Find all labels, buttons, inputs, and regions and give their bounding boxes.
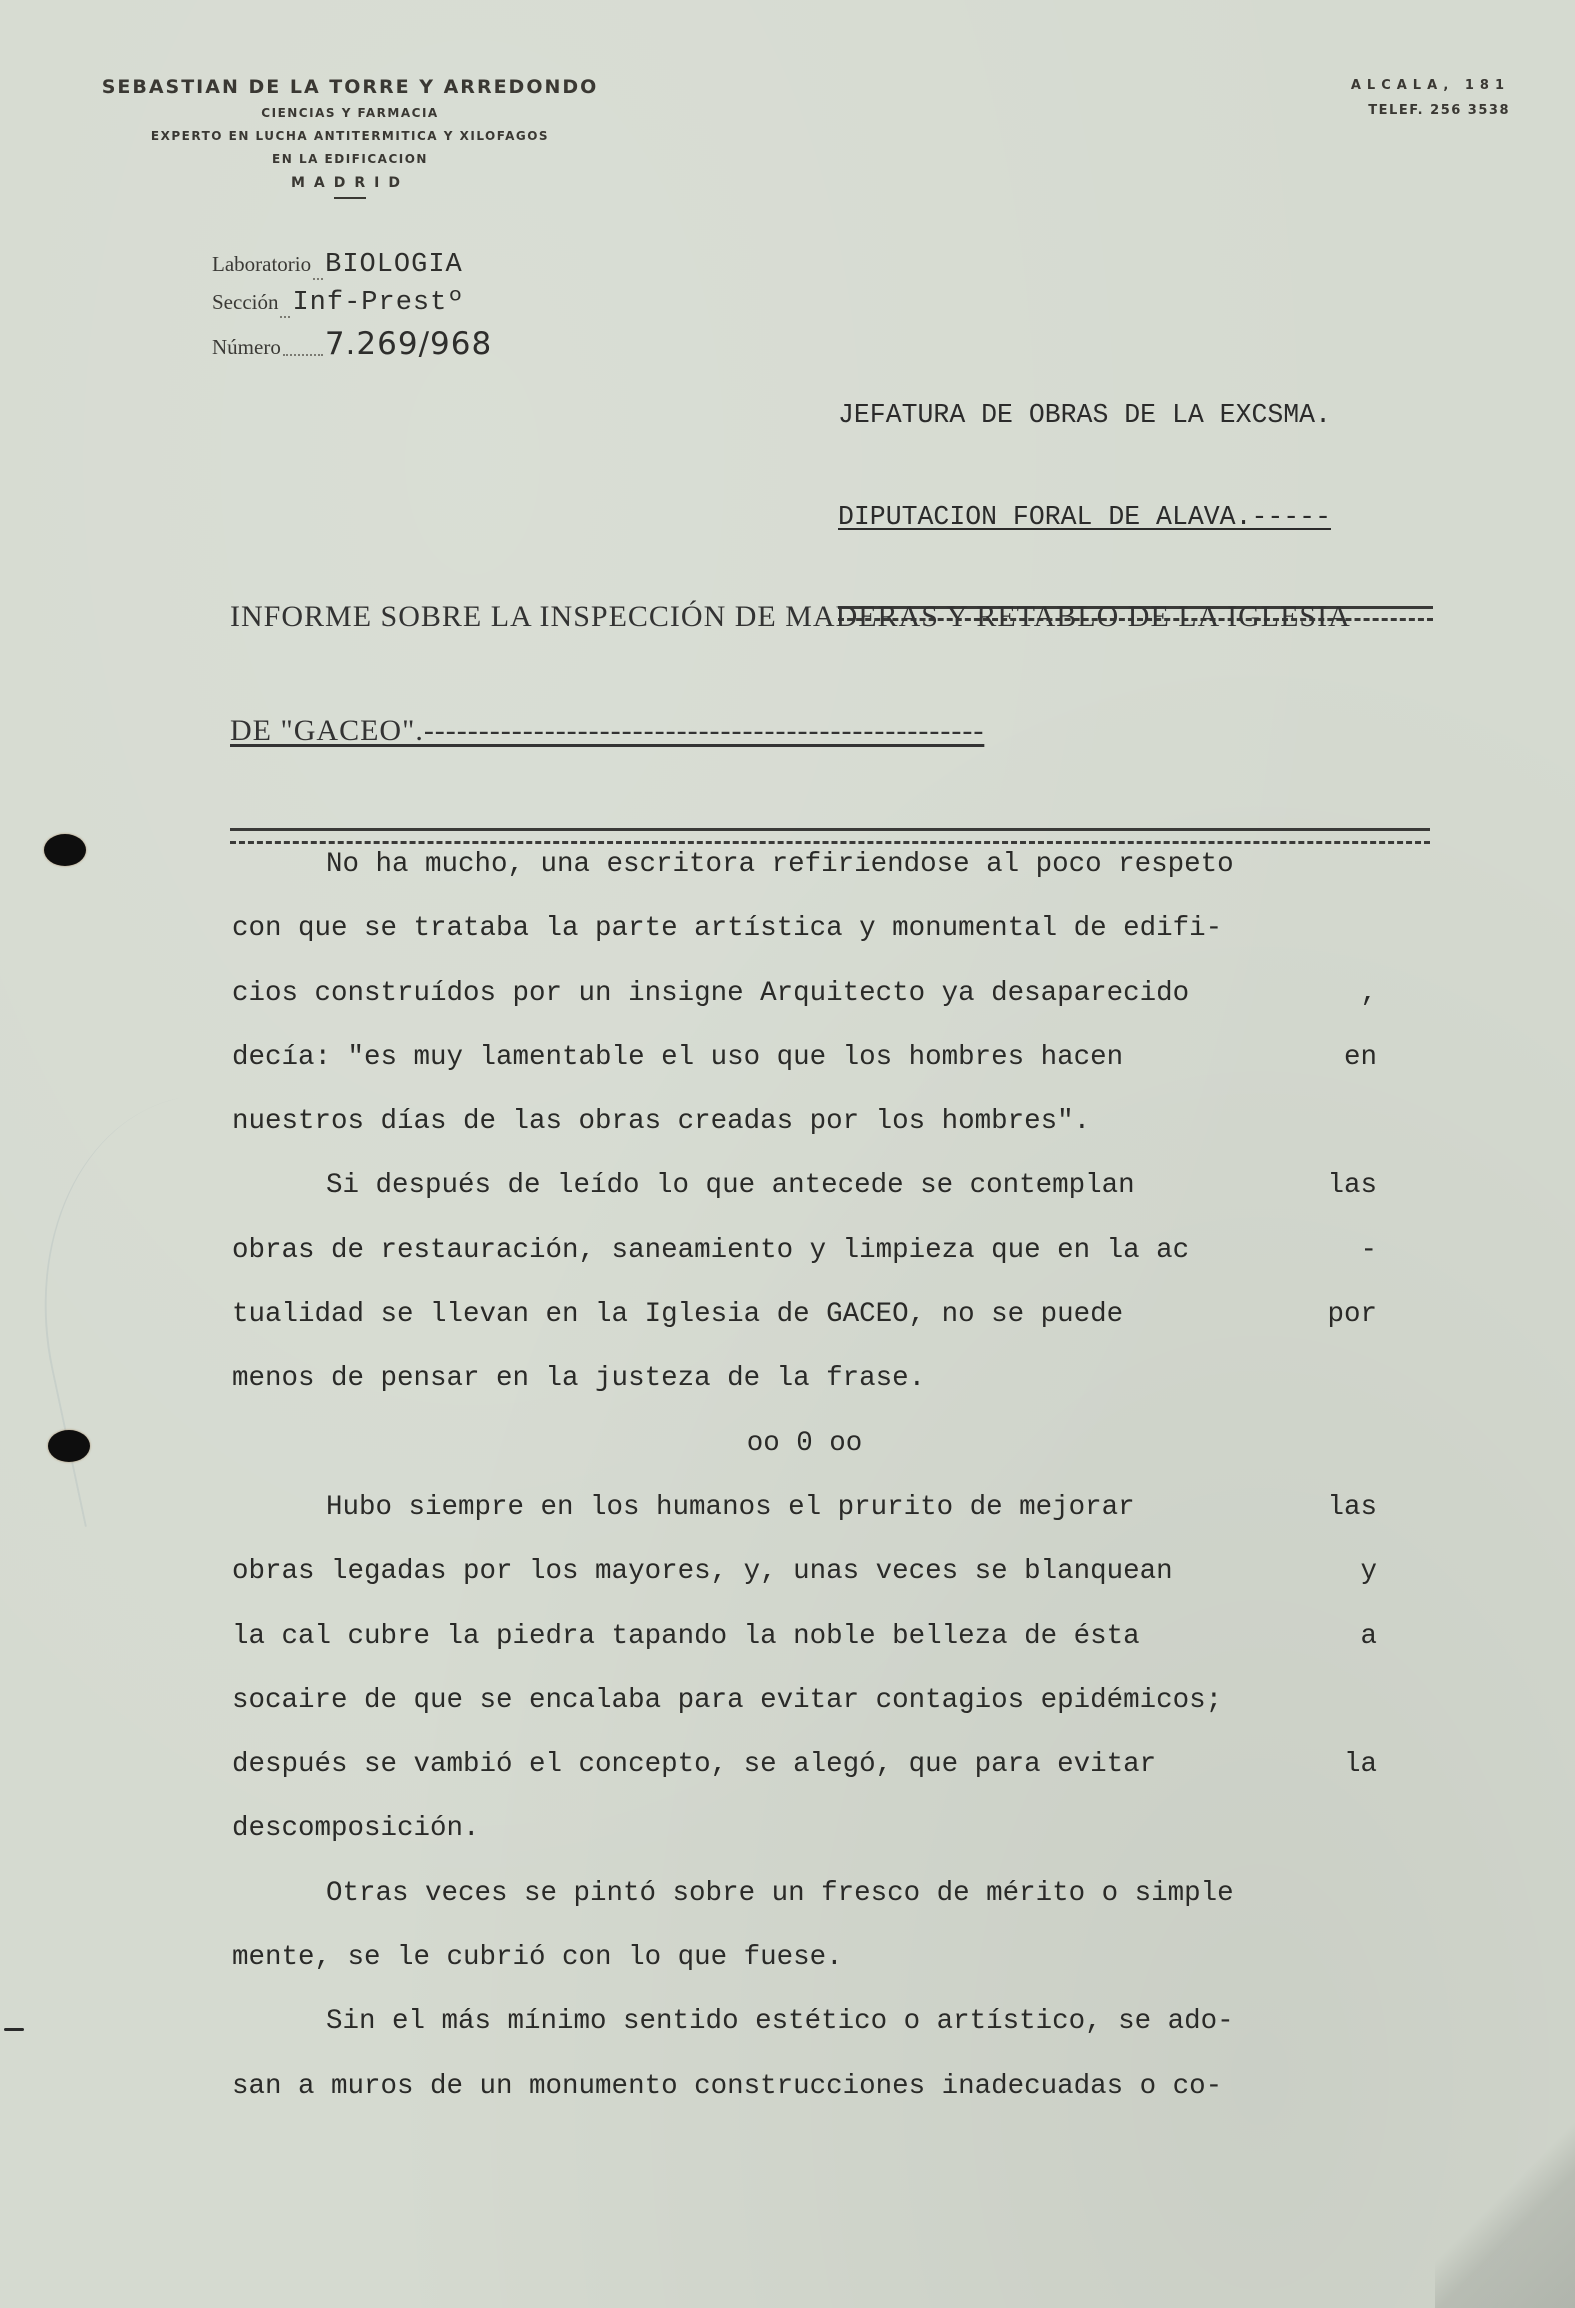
- field-seccion: Sección Inf-Prestº: [212, 288, 492, 326]
- reference-fields: Laboratorio BIOLOGIA Sección Inf-Prestº …: [212, 250, 492, 364]
- body-line-segment: ,: [1360, 969, 1377, 1033]
- body-line-segment: las: [1327, 1161, 1377, 1225]
- letterhead-expertise: EXPERTO EN LUCHA ANTITERMITICA Y XILOFAG…: [70, 129, 630, 143]
- body-line: menos de pensar en la justeza de la fras…: [232, 1354, 1377, 1418]
- body-line-segment: nuestros días de las obras creadas por l…: [232, 1097, 1090, 1161]
- recipient-line-1: JEFATURA DE OBRAS DE LA EXCSMA.: [838, 398, 1433, 432]
- body-line: cios construídos por un insigne Arquitec…: [232, 969, 1377, 1033]
- field-laboratorio: Laboratorio BIOLOGIA: [212, 250, 492, 288]
- body-line-segment: menos de pensar en la justeza de la fras…: [232, 1354, 925, 1418]
- body-line: nuestros días de las obras creadas por l…: [232, 1097, 1377, 1161]
- body-line-segment: a: [1360, 1612, 1377, 1676]
- body-line: con que se trataba la parte artística y …: [232, 904, 1377, 968]
- body-line: obras de restauración, saneamiento y lim…: [232, 1226, 1377, 1290]
- body-line: Hubo siempre en los humanos el prurito d…: [232, 1483, 1377, 1547]
- body-line-segment: después se vambió el concepto, se alegó,…: [232, 1740, 1156, 1804]
- body-line-segment: descomposición.: [232, 1804, 480, 1868]
- body-line-segment: mente, se le cubrió con lo que fuese.: [232, 1933, 843, 1997]
- letterhead-expertise-cont: EN LA EDIFICACION: [70, 152, 630, 166]
- field-label: Número: [212, 335, 281, 360]
- body-line-segment: decía: "es muy lamentable el uso que los…: [232, 1033, 1123, 1097]
- body-line: Sin el más mínimo sentido estético o art…: [232, 1997, 1377, 2061]
- body-line-segment: Si después de leído lo que antecede se c…: [326, 1161, 1135, 1225]
- body-line: Otras veces se pintó sobre un fresco de …: [232, 1869, 1377, 1933]
- field-label: Laboratorio: [212, 252, 311, 277]
- field-value: BIOLOGIA: [325, 250, 463, 280]
- dotted-leader: [313, 278, 323, 280]
- field-numero: Número 7.269/968: [212, 326, 492, 364]
- letterhead-rule: [334, 197, 366, 199]
- body-line: obras legadas por los mayores, y, unas v…: [232, 1547, 1377, 1611]
- body-line-segment: obras legadas por los mayores, y, unas v…: [232, 1547, 1173, 1611]
- corner-fold-shadow: [1435, 2108, 1575, 2308]
- section-separator: oo 0 oo: [232, 1419, 1377, 1483]
- body-line-segment: la: [1344, 1740, 1377, 1804]
- body-line: descomposición.: [232, 1804, 1377, 1868]
- body-line-segment: y: [1360, 1547, 1377, 1611]
- body-line-segment: la cal cubre la piedra tapando la noble …: [232, 1612, 1140, 1676]
- body-line: tualidad se llevan en la Iglesia de GACE…: [232, 1290, 1377, 1354]
- body-line: la cal cubre la piedra tapando la noble …: [232, 1612, 1377, 1676]
- dotted-leader: [283, 354, 323, 356]
- body-line-segment: No ha mucho, una escritora refiriendose …: [326, 840, 1234, 904]
- punch-hole: [44, 834, 86, 866]
- body-line: socaire de que se encalaba para evitar c…: [232, 1676, 1377, 1740]
- street-address: ALCALA, 181: [1351, 78, 1510, 93]
- body-line-segment: san a muros de un monumento construccion…: [232, 2062, 1222, 2126]
- report-title: INFORME SOBRE LA INSPECCIÓN DE MADERAS Y…: [230, 522, 1430, 882]
- body-line: mente, se le cubrió con lo que fuese.: [232, 1933, 1377, 1997]
- body-line-segment: Sin el más mínimo sentido estético o art…: [326, 1997, 1234, 2061]
- body-line: después se vambió el concepto, se alegó,…: [232, 1740, 1377, 1804]
- body-line-segment: con que se trataba la parte artística y …: [232, 904, 1222, 968]
- body-line-segment: cios construídos por un insigne Arquitec…: [232, 969, 1189, 1033]
- letterhead-profession: CIENCIAS Y FARMACIA: [70, 106, 630, 120]
- body-line: No ha mucho, una escritora refiriendose …: [232, 840, 1377, 904]
- body-line-segment: en: [1344, 1033, 1377, 1097]
- dotted-leader: [280, 316, 290, 318]
- body-line-segment: por: [1327, 1290, 1377, 1354]
- phone-number: TELEF. 256 3538: [1351, 103, 1510, 118]
- margin-mark: [4, 2028, 24, 2031]
- body-line-segment: socaire de que se encalaba para evitar c…: [232, 1676, 1222, 1740]
- body-line: decía: "es muy lamentable el uso que los…: [232, 1033, 1377, 1097]
- body-line-segment: Hubo siempre en los humanos el prurito d…: [326, 1483, 1135, 1547]
- body-line-segment: Otras veces se pintó sobre un fresco de …: [326, 1869, 1234, 1933]
- address-block: ALCALA, 181 TELEF. 256 3538: [1351, 78, 1510, 118]
- body-line-segment: tualidad se llevan en la Iglesia de GACE…: [232, 1290, 1123, 1354]
- body-line-segment: obras de restauración, saneamiento y lim…: [232, 1226, 1189, 1290]
- title-line-2: DE "GACEO".-----------------------------…: [230, 712, 1430, 750]
- body-line: Si después de leído lo que antecede se c…: [232, 1161, 1377, 1225]
- body-line-segment: las: [1327, 1483, 1377, 1547]
- punch-hole: [48, 1430, 90, 1462]
- body-line: san a muros de un monumento construccion…: [232, 2062, 1377, 2126]
- field-label: Sección: [212, 290, 278, 315]
- title-line-1: INFORME SOBRE LA INSPECCIÓN DE MADERAS Y…: [230, 598, 1430, 636]
- field-value: 7.269/968: [325, 326, 492, 362]
- body-text: No ha mucho, una escritora refiriendose …: [232, 840, 1377, 2126]
- body-line-segment: oo 0 oo: [747, 1419, 863, 1483]
- body-line-segment: -: [1360, 1226, 1377, 1290]
- letterhead-city: MADRID: [70, 175, 630, 191]
- field-value: Inf-Prestº: [292, 288, 464, 318]
- letterhead-name: SEBASTIAN DE LA TORRE Y ARREDONDO: [70, 76, 630, 98]
- letterhead: SEBASTIAN DE LA TORRE Y ARREDONDO CIENCI…: [70, 76, 630, 199]
